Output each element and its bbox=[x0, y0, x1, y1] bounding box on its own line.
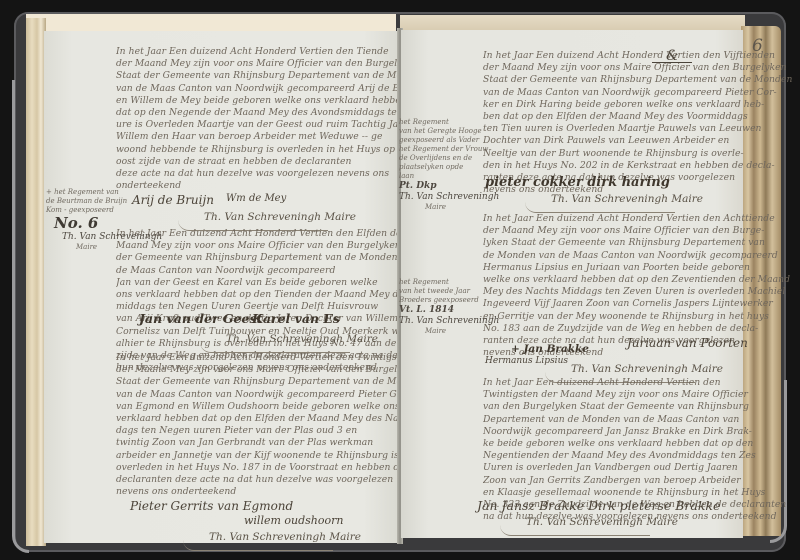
entry-line: woond hebbende te Rhijnsburg is overlede… bbox=[116, 144, 434, 156]
entry-line: dags ten Negen uuren Pieter van der Plas… bbox=[116, 425, 425, 437]
entry-line: twintig Zoon van Jan Gerbrandt van der P… bbox=[116, 437, 425, 449]
entry-line: oost zijde van de straat en hebben de de… bbox=[116, 156, 434, 168]
margin-note-title: Maire bbox=[76, 243, 162, 252]
mayor-signature: Th. Van Schreveningh Maire bbox=[571, 363, 723, 375]
entry-line: In het Jaar Een duizend Acht Honderd Ver… bbox=[116, 228, 434, 240]
entry-line: Ingeveerd Vijf Jaaren Zoon van Cornelis … bbox=[483, 298, 790, 310]
mayor-signature: Th. Van Schreveningh Maire bbox=[226, 333, 378, 345]
margin-note-line: het Regement der Vrouw bbox=[399, 145, 499, 154]
entry-line: In het Jaar Een duizend Acht Honderd Ver… bbox=[483, 213, 790, 225]
entry-line: Jan van der Geest en Karel van Es beide … bbox=[116, 277, 434, 289]
page-number: 6 bbox=[752, 36, 763, 56]
witness-signature: Pieter Gerrits van Egmond bbox=[130, 499, 293, 513]
entry-line: van de Maas Canton van Noordwijk gecompa… bbox=[483, 87, 792, 99]
entry-line: Twintigsten der Maand Mey zijn voor ons … bbox=[483, 389, 786, 401]
entry-line: den in het Huys No. 202 in de Kerkstraat… bbox=[483, 160, 792, 172]
entry-line: ons verklaard hebben dat op den Tienden … bbox=[116, 289, 434, 301]
witness-signature: willem oudshoorn bbox=[244, 514, 343, 527]
margin-note-line: plaatselyken opde bbox=[399, 163, 499, 172]
entry-line: Maand Mey zijn voor ons Maire Officier v… bbox=[116, 240, 434, 252]
margin-note: het Regement van het Geregte Hooge geexp… bbox=[399, 118, 499, 212]
witness-signature: Wm de Mey bbox=[226, 193, 286, 204]
entry-line: Staat der Gemeente van Rhijnsburg Depart… bbox=[483, 74, 792, 86]
entry-line: ten Tien uuren is Overleden Maartje Pauw… bbox=[483, 123, 792, 135]
entry-line: de Maas Canton van Noordwijk gecompareer… bbox=[116, 265, 434, 277]
register-entry-1: In het Jaar Een duizend Acht Honderd Ver… bbox=[116, 46, 434, 192]
margin-note-signature: Th. Van Schreveningh bbox=[399, 316, 499, 327]
margin-note-line: laan bbox=[399, 172, 499, 181]
margin-note: het Regement van het tweede Jaar Broeder… bbox=[399, 278, 499, 336]
mayor-signature: Th. Van Schreveningh Maire bbox=[204, 211, 356, 223]
entry-line: Neeltje van der Burt woonende te Rhijnsb… bbox=[483, 148, 792, 160]
book-viewer: In het Jaar Een duizend Acht Honderd Ver… bbox=[0, 0, 800, 560]
margin-note-line: het Regement bbox=[399, 278, 499, 287]
entry-line: Noordwijk gecompareerd Jan Jansz Brakke … bbox=[483, 426, 786, 438]
margin-note-title: Maire bbox=[425, 327, 499, 336]
margin-note-line: Broeders geexposeerd bbox=[399, 296, 499, 305]
entry-line: declaranten deze acte na dat hun dezelve… bbox=[116, 474, 425, 486]
entry-line: onderteekend bbox=[116, 180, 434, 192]
entry-line: In het Jaar Een duizend Acht Honderd Ver… bbox=[483, 377, 786, 389]
entry-line: Uuren is overleden Jan Vandbergen oud De… bbox=[483, 462, 786, 474]
left-page: In het Jaar Een duizend Acht Honderd Ver… bbox=[44, 31, 399, 543]
entry-line: overleden in het Huys No. 187 in de Voor… bbox=[116, 462, 425, 474]
entry-line: van Egmond en Willem Oudshoorn beide geb… bbox=[116, 401, 425, 413]
witness-signature: + Jan Brakke bbox=[511, 343, 589, 355]
witness-signature: Juriaan van Poorten bbox=[627, 336, 748, 350]
margin-note-line: de Overlijdens en de bbox=[399, 154, 499, 163]
entry-line: van den Burgelyken Staat der Gemeente va… bbox=[483, 401, 786, 413]
entry-line: Zoon van Jan Gerrits Zandbergen van bero… bbox=[483, 475, 786, 487]
entry-line: In het Jaar Een duizend Acht Honderd Ver… bbox=[116, 46, 434, 58]
margin-note-line: het Regement bbox=[399, 118, 499, 127]
entry-line: In het Jaar Een duizend Acht Honderd Ver… bbox=[483, 50, 792, 62]
entry-line: Departement van de Monden van de Maas Ca… bbox=[483, 414, 786, 426]
entry-line: van de Maas Canton van Noordwijk gecompa… bbox=[116, 83, 434, 95]
margin-note-line: + het Regement van bbox=[46, 188, 162, 197]
entry-line: arbeider en Jannetje van der Kijf woonen… bbox=[116, 450, 425, 462]
entry-line: der Maand Mey zijn voor ons Maire Offici… bbox=[483, 225, 790, 237]
witness-signature: Jan van der Geest bbox=[139, 311, 262, 326]
entry-line: ben dat op den Elfden der Maand Mey des … bbox=[483, 111, 792, 123]
entry-line: dat op den Negende der Maand Mey des Avo… bbox=[116, 107, 434, 119]
page-stack-left-edge bbox=[26, 18, 46, 546]
register-entry-3: In het Jaar Een duizend Acht Honderd Ver… bbox=[116, 352, 425, 498]
entry-line: welke ons verklaard hebben dat op den Ze… bbox=[483, 274, 790, 286]
entry-line: Mey des Nachts Middags ten Zeven Uuren i… bbox=[483, 286, 790, 298]
entry-line: van de Maas Canton van Noordwijk gecompa… bbox=[116, 389, 425, 401]
right-page: In het Jaar Een duizend Acht Honderd Ver… bbox=[401, 30, 743, 538]
mayor-signature: Th. Van Schreveningh Maire bbox=[209, 531, 361, 543]
entry-line: der Maand Mey zijn voor ons Maire Offici… bbox=[483, 62, 792, 74]
entry-line: deze acte na dat hun dezelve was voorgel… bbox=[116, 168, 434, 180]
entry-line: lyken Staat der Gemeente van Rhijnsburg … bbox=[483, 237, 790, 249]
entry-line: Hermanus Lipsius en Juriaan van Poorten … bbox=[483, 262, 790, 274]
mayor-signature: Th. Van Schreveningh Maire bbox=[526, 516, 678, 528]
entry-line: No. 183 aan de Zuydzijde van de Weg en h… bbox=[483, 323, 790, 335]
entry-line: ke beide geboren welke ons verklaard heb… bbox=[483, 438, 786, 450]
margin-note-line: van het tweede Jaar bbox=[399, 287, 499, 296]
margin-note-mark: No. 6 bbox=[54, 215, 162, 232]
margin-note: + het Regement van de Beurtman de Bruijn… bbox=[46, 188, 162, 252]
mayor-signature: Th. Van Schreveningh Maire bbox=[551, 193, 703, 205]
margin-note-mark: Pt. Dkp bbox=[399, 181, 499, 192]
margin-note-line: van het Geregte Hooge bbox=[399, 127, 499, 136]
entry-line: ker en Dirk Haring beide geboren welke o… bbox=[483, 99, 792, 111]
entry-line: Staat der Gemeente van Rhijnsburg Depart… bbox=[116, 70, 434, 82]
margin-note-mark: Vt. L. 1814 bbox=[399, 305, 499, 316]
entry-line: en Willem de Mey beide geboren welke ons… bbox=[116, 95, 434, 107]
entry-line: Negentienden der Maand Mey des Avondmidd… bbox=[483, 450, 786, 462]
entry-line: en Gerritje van der Mey woonende te Rhij… bbox=[483, 311, 790, 323]
entry-line: In het Jaar Een duizend Acht Honderd Ver… bbox=[116, 352, 425, 364]
witness-signature: Jan Jansz Brakke Dirk pieterse Brakke bbox=[477, 498, 720, 513]
margin-note-line: geexposeerd als Vader bbox=[399, 136, 499, 145]
entry-line: Staat der Gemeente van Rhijnsburg Depart… bbox=[116, 376, 425, 388]
entry-line: der Maand Mey zijn voor ons Maire Offici… bbox=[116, 364, 425, 376]
margin-note-signature: Th. Van Schreveningh bbox=[62, 232, 162, 243]
witness-signature: pieter cokker dirk haring bbox=[485, 175, 670, 190]
page-stack-top-right bbox=[400, 15, 745, 31]
witness-signature: Karel van Es bbox=[252, 311, 340, 326]
entry-line: ure is Overleden Maartje van der Geest o… bbox=[116, 119, 434, 131]
witness-signature: Hermanus Lipsius bbox=[485, 356, 568, 366]
entry-line: der Maand Mey zijn voor ons Maire Offici… bbox=[116, 58, 434, 70]
entry-line: de Monden van de Maas Canton van Noordwi… bbox=[483, 250, 790, 262]
header-flourish: & bbox=[666, 48, 678, 64]
margin-note-signature: Th. Van Schreveningh bbox=[399, 192, 499, 203]
margin-note-line: de Beurtman de Bruijn bbox=[46, 197, 162, 206]
entry-line: Willem den Haar van beroep Arbeider met … bbox=[116, 131, 434, 143]
margin-note-title: Maire bbox=[425, 203, 499, 212]
entry-line: der Gemeente van Rhijnsburg Departement … bbox=[116, 252, 434, 264]
entry-line: Dochter van Dirk Pauwels van Leeuwen Arb… bbox=[483, 135, 792, 147]
entry-line: verklaard hebben dat op den Elfden der M… bbox=[116, 413, 425, 425]
page-stack-top-left bbox=[26, 14, 396, 32]
entry-line: nevens ons onderteekend bbox=[116, 486, 425, 498]
